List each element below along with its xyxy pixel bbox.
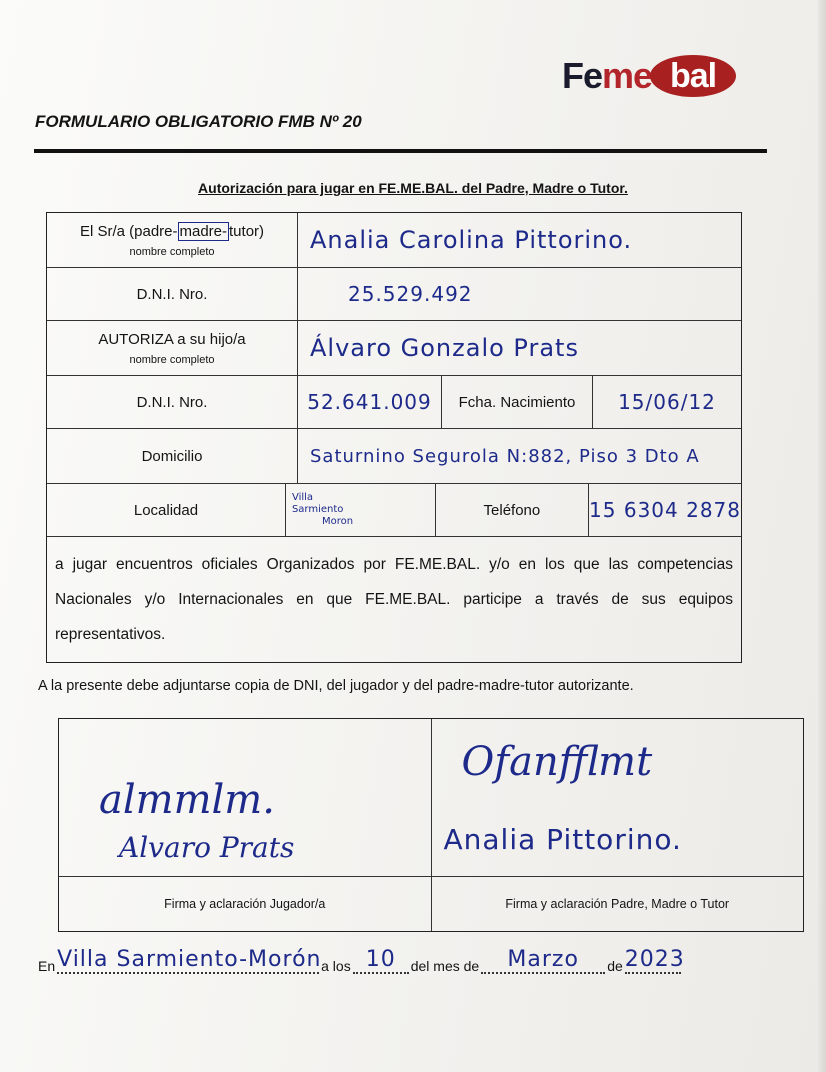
player-signature-field[interactable]: almmlm. Alvaro Prats (59, 719, 431, 877)
authorization-text-row: a jugar encuentros oficiales Organizados… (47, 537, 741, 662)
title-divider (34, 149, 767, 153)
address-row: Domicilio Saturnino Segurola N:882, Piso… (47, 429, 741, 484)
form-title: FORMULARIO OBLIGATORIO FMB Nº 20 (35, 112, 362, 132)
a-los-label: a los (321, 958, 351, 974)
address-field[interactable]: Saturnino Segurola N:882, Piso 3 Dto A (298, 429, 741, 483)
guardian-name-row: El Sr/a (padre-madre-tutor) nombre compl… (47, 213, 741, 268)
guardian-dni-label: D.N.I. Nro. (47, 268, 298, 320)
mes-label: del mes de (411, 958, 479, 974)
guardian-name-label: El Sr/a (padre-madre-tutor) nombre compl… (47, 213, 298, 267)
de-label: de (607, 958, 623, 974)
birth-date-field[interactable]: 15/06/12 (593, 376, 741, 428)
logo-ball-icon: bal (650, 55, 736, 97)
place-date-line: En Villa Sarmiento-Morón a los 10 del me… (38, 952, 683, 974)
attachment-note: A la presente debe adjuntarse copia de D… (38, 678, 634, 694)
femebal-logo: Fe me bal (562, 55, 736, 97)
player-printed-name: Alvaro Prats (119, 831, 294, 864)
guardian-signature: Ofanfflmt (462, 739, 653, 785)
logo-text-fe: Fe (562, 55, 602, 97)
phone-label: Teléfono (436, 484, 589, 536)
guardian-signature-field[interactable]: Ofanfflmt Analia Pittorino. (432, 719, 804, 877)
guardian-name-field[interactable]: Analia Carolina Pittorino. (298, 213, 741, 267)
child-dni-label: D.N.I. Nro. (47, 376, 298, 428)
birth-date-label: Fcha. Nacimiento (442, 376, 593, 428)
logo-text-bal: bal (670, 57, 716, 96)
month-field[interactable]: Marzo (481, 952, 605, 974)
guardian-dni-row: D.N.I. Nro. 25.529.492 (47, 268, 741, 321)
player-signature-caption: Firma y aclaración Jugador/a (59, 877, 431, 931)
logo-text-me: me (602, 55, 652, 97)
en-label: En (38, 958, 55, 974)
guardian-signature-caption: Firma y aclaración Padre, Madre o Tutor (432, 877, 804, 931)
player-signature-column: almmlm. Alvaro Prats Firma y aclaración … (59, 719, 432, 931)
locality-field[interactable]: Villa Sarmiento Moron (286, 484, 436, 536)
selected-relation: madre- (178, 222, 230, 241)
address-label: Domicilio (47, 429, 298, 483)
player-signature: almmlm. (99, 777, 275, 823)
phone-field[interactable]: 15 6304 2878 (589, 484, 741, 536)
child-name-label: AUTORIZA a su hijo/a nombre completo (47, 321, 298, 375)
locality-label: Localidad (47, 484, 286, 536)
guardian-printed-name: Analia Pittorino. (444, 823, 682, 856)
place-field[interactable]: Villa Sarmiento-Morón (57, 952, 319, 974)
page-edge (818, 0, 826, 1072)
child-dni-field[interactable]: 52.641.009 (298, 376, 442, 428)
signature-table: almmlm. Alvaro Prats Firma y aclaración … (58, 718, 804, 932)
form-subtitle: Autorización para jugar en FE.ME.BAL. de… (0, 180, 826, 196)
year-field[interactable]: 2023 (625, 952, 681, 974)
guardian-dni-field[interactable]: 25.529.492 (298, 268, 741, 320)
locality-row: Localidad Villa Sarmiento Moron Teléfono… (47, 484, 741, 537)
child-name-field[interactable]: Álvaro Gonzalo Prats (298, 321, 741, 375)
authorization-paragraph: a jugar encuentros oficiales Organizados… (47, 537, 741, 662)
guardian-signature-column: Ofanfflmt Analia Pittorino. Firma y acla… (432, 719, 804, 931)
authorization-table: El Sr/a (padre-madre-tutor) nombre compl… (46, 212, 742, 663)
child-dni-row: D.N.I. Nro. 52.641.009 Fcha. Nacimiento … (47, 376, 741, 429)
day-field[interactable]: 10 (353, 952, 409, 974)
child-name-row: AUTORIZA a su hijo/a nombre completo Álv… (47, 321, 741, 376)
